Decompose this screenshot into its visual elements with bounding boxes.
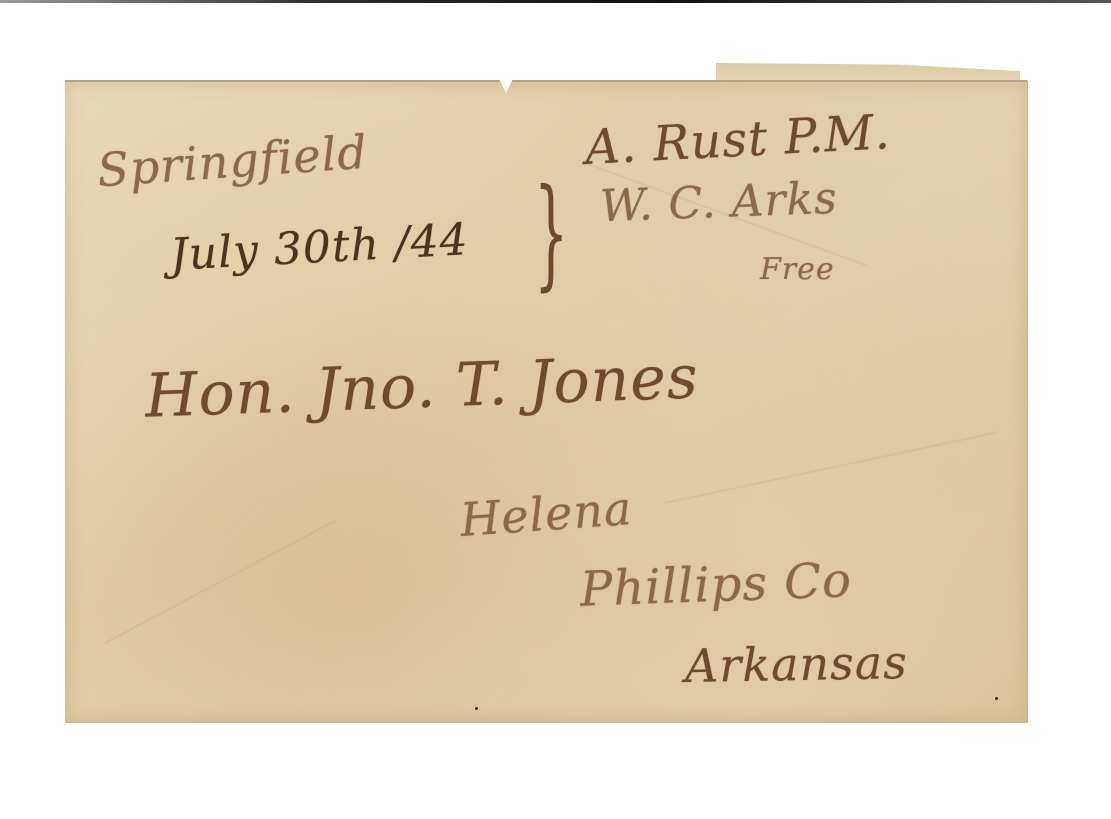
postmaster-signature: A. Rust P.M. (584, 104, 892, 176)
addressee-town: Helena (458, 481, 634, 547)
addressee-county: Phillips Co (579, 552, 853, 617)
origin-town: Springfield (95, 125, 369, 198)
scan-top-edge (0, 0, 1111, 3)
addressee-name: Hon. Jno. T. Jones (144, 342, 700, 431)
letter-cover: Springfield July 30th /44 } A. Rust P.M.… (65, 80, 1027, 722)
fold-crease (105, 520, 336, 644)
ink-speck (475, 707, 478, 710)
origin-date: July 30th /44 (169, 214, 470, 281)
fold-crease (665, 431, 998, 504)
addressee-state: Arkansas (685, 635, 909, 693)
brace-mark: } (534, 174, 568, 294)
postmaster-location: W. C. Arks (599, 173, 838, 232)
paper-notch (499, 79, 513, 93)
free-frank: Free (760, 252, 835, 287)
ink-speck (995, 697, 998, 700)
